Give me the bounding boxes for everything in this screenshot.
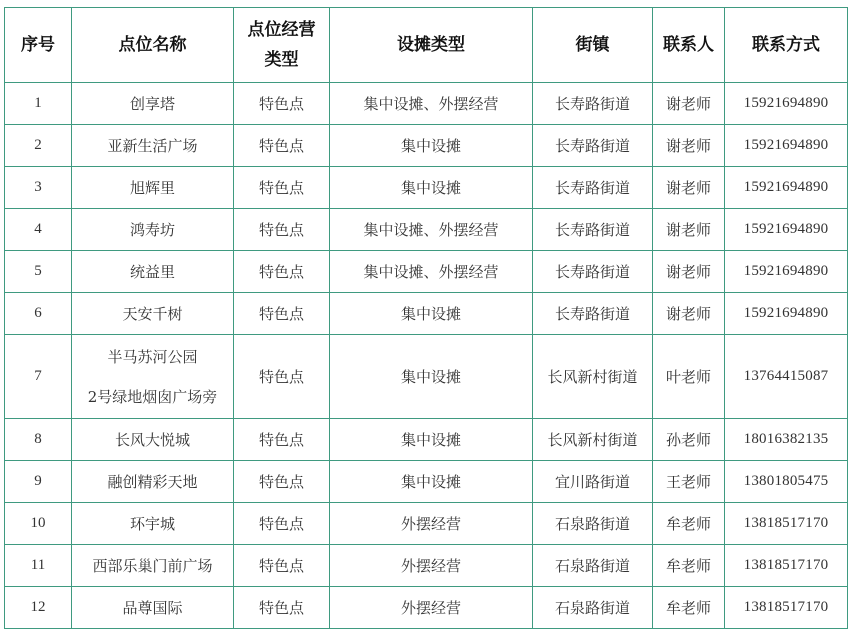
cell-contact: 谢老师 bbox=[653, 251, 725, 293]
cell-operation-type: 特色点 bbox=[234, 209, 330, 251]
stall-locations-table: 序号 点位名称 点位经营 类型 设摊类型 街镇 联系人 联系方式 1创享塔特色点… bbox=[4, 7, 848, 629]
cell-location: 鸿寿坊 bbox=[72, 209, 234, 251]
table-row: 2亚新生活广场特色点集中设摊长寿路街道谢老师15921694890 bbox=[5, 125, 848, 167]
table-row: 8长风大悦城特色点集中设摊长风新村街道孙老师18016382135 bbox=[5, 419, 848, 461]
cell-stall-type: 集中设摊 bbox=[330, 335, 533, 419]
cell-index: 11 bbox=[5, 545, 72, 587]
cell-index: 7 bbox=[5, 335, 72, 419]
cell-operation-type: 特色点 bbox=[234, 419, 330, 461]
location-line-2: 2号绿地烟囱广场旁 bbox=[72, 377, 233, 417]
cell-location: 半马苏河公园2号绿地烟囱广场旁 bbox=[72, 335, 234, 419]
cell-contact: 谢老师 bbox=[653, 83, 725, 125]
cell-stall-type: 集中设摊 bbox=[330, 461, 533, 503]
header-stall-type: 设摊类型 bbox=[330, 8, 533, 83]
cell-stall-type: 外摆经营 bbox=[330, 545, 533, 587]
cell-location: 统益里 bbox=[72, 251, 234, 293]
cell-street: 长风新村街道 bbox=[533, 419, 653, 461]
cell-operation-type: 特色点 bbox=[234, 503, 330, 545]
cell-location: 创享塔 bbox=[72, 83, 234, 125]
cell-contact: 王老师 bbox=[653, 461, 725, 503]
cell-operation-type: 特色点 bbox=[234, 587, 330, 629]
cell-phone: 15921694890 bbox=[725, 293, 848, 335]
cell-stall-type: 外摆经营 bbox=[330, 503, 533, 545]
cell-phone: 15921694890 bbox=[725, 251, 848, 293]
cell-street: 石泉路街道 bbox=[533, 587, 653, 629]
cell-contact: 谢老师 bbox=[653, 293, 725, 335]
cell-contact: 牟老师 bbox=[653, 587, 725, 629]
cell-operation-type: 特色点 bbox=[234, 545, 330, 587]
cell-operation-type: 特色点 bbox=[234, 251, 330, 293]
cell-contact: 谢老师 bbox=[653, 209, 725, 251]
table-row: 5统益里特色点集中设摊、外摆经营长寿路街道谢老师15921694890 bbox=[5, 251, 848, 293]
cell-stall-type: 集中设摊、外摆经营 bbox=[330, 209, 533, 251]
cell-stall-type: 集中设摊、外摆经营 bbox=[330, 83, 533, 125]
cell-street: 长寿路街道 bbox=[533, 125, 653, 167]
cell-location: 亚新生活广场 bbox=[72, 125, 234, 167]
cell-phone: 15921694890 bbox=[725, 167, 848, 209]
cell-index: 4 bbox=[5, 209, 72, 251]
cell-location: 品尊国际 bbox=[72, 587, 234, 629]
header-operation-type: 点位经营 类型 bbox=[234, 8, 330, 83]
cell-index: 5 bbox=[5, 251, 72, 293]
cell-phone: 13764415087 bbox=[725, 335, 848, 419]
cell-index: 12 bbox=[5, 587, 72, 629]
cell-street: 长寿路街道 bbox=[533, 293, 653, 335]
cell-operation-type: 特色点 bbox=[234, 461, 330, 503]
cell-index: 6 bbox=[5, 293, 72, 335]
cell-street: 长寿路街道 bbox=[533, 209, 653, 251]
cell-index: 10 bbox=[5, 503, 72, 545]
cell-index: 2 bbox=[5, 125, 72, 167]
table-row: 10环宇城特色点外摆经营石泉路街道牟老师13818517170 bbox=[5, 503, 848, 545]
table-row: 11西部乐巢门前广场特色点外摆经营石泉路街道牟老师13818517170 bbox=[5, 545, 848, 587]
table-row: 7半马苏河公园2号绿地烟囱广场旁特色点集中设摊长风新村街道叶老师13764415… bbox=[5, 335, 848, 419]
table-row: 6天安千树特色点集中设摊长寿路街道谢老师15921694890 bbox=[5, 293, 848, 335]
cell-street: 长寿路街道 bbox=[533, 251, 653, 293]
cell-contact: 谢老师 bbox=[653, 125, 725, 167]
cell-phone: 15921694890 bbox=[725, 125, 848, 167]
cell-index: 3 bbox=[5, 167, 72, 209]
header-row: 序号 点位名称 点位经营 类型 设摊类型 街镇 联系人 联系方式 bbox=[5, 8, 848, 83]
cell-stall-type: 集中设摊 bbox=[330, 125, 533, 167]
header-location: 点位名称 bbox=[72, 8, 234, 83]
table-row: 12品尊国际特色点外摆经营石泉路街道牟老师13818517170 bbox=[5, 587, 848, 629]
cell-street: 石泉路街道 bbox=[533, 503, 653, 545]
cell-location: 融创精彩天地 bbox=[72, 461, 234, 503]
cell-operation-type: 特色点 bbox=[234, 125, 330, 167]
cell-contact: 孙老师 bbox=[653, 419, 725, 461]
cell-street: 宜川路街道 bbox=[533, 461, 653, 503]
cell-operation-type: 特色点 bbox=[234, 167, 330, 209]
cell-stall-type: 集中设摊 bbox=[330, 167, 533, 209]
header-operation-type-line2: 类型 bbox=[234, 45, 329, 75]
table-row: 9融创精彩天地特色点集中设摊宜川路街道王老师13801805475 bbox=[5, 461, 848, 503]
header-phone: 联系方式 bbox=[725, 8, 848, 83]
cell-phone: 18016382135 bbox=[725, 419, 848, 461]
cell-phone: 13818517170 bbox=[725, 545, 848, 587]
cell-stall-type: 集中设摊 bbox=[330, 419, 533, 461]
cell-contact: 谢老师 bbox=[653, 167, 725, 209]
cell-location: 旭辉里 bbox=[72, 167, 234, 209]
table-body: 1创享塔特色点集中设摊、外摆经营长寿路街道谢老师159216948902亚新生活… bbox=[5, 83, 848, 629]
cell-phone: 13801805475 bbox=[725, 461, 848, 503]
cell-street: 长寿路街道 bbox=[533, 83, 653, 125]
table-row: 1创享塔特色点集中设摊、外摆经营长寿路街道谢老师15921694890 bbox=[5, 83, 848, 125]
cell-index: 9 bbox=[5, 461, 72, 503]
header-operation-type-line1: 点位经营 bbox=[234, 15, 329, 45]
header-street: 街镇 bbox=[533, 8, 653, 83]
cell-operation-type: 特色点 bbox=[234, 293, 330, 335]
cell-street: 长寿路街道 bbox=[533, 167, 653, 209]
cell-stall-type: 外摆经营 bbox=[330, 587, 533, 629]
cell-phone: 15921694890 bbox=[725, 209, 848, 251]
cell-contact: 牟老师 bbox=[653, 545, 725, 587]
cell-stall-type: 集中设摊、外摆经营 bbox=[330, 251, 533, 293]
cell-operation-type: 特色点 bbox=[234, 335, 330, 419]
cell-location: 天安千树 bbox=[72, 293, 234, 335]
cell-location: 环宇城 bbox=[72, 503, 234, 545]
cell-contact: 牟老师 bbox=[653, 503, 725, 545]
cell-phone: 13818517170 bbox=[725, 587, 848, 629]
cell-location: 西部乐巢门前广场 bbox=[72, 545, 234, 587]
cell-index: 8 bbox=[5, 419, 72, 461]
cell-street: 长风新村街道 bbox=[533, 335, 653, 419]
cell-location: 长风大悦城 bbox=[72, 419, 234, 461]
cell-index: 1 bbox=[5, 83, 72, 125]
cell-stall-type: 集中设摊 bbox=[330, 293, 533, 335]
cell-operation-type: 特色点 bbox=[234, 83, 330, 125]
header-contact: 联系人 bbox=[653, 8, 725, 83]
table-row: 3旭辉里特色点集中设摊长寿路街道谢老师15921694890 bbox=[5, 167, 848, 209]
cell-phone: 15921694890 bbox=[725, 83, 848, 125]
header-index: 序号 bbox=[5, 8, 72, 83]
cell-phone: 13818517170 bbox=[725, 503, 848, 545]
cell-street: 石泉路街道 bbox=[533, 545, 653, 587]
location-line-1: 半马苏河公园 bbox=[72, 337, 233, 377]
table-row: 4鸿寿坊特色点集中设摊、外摆经营长寿路街道谢老师15921694890 bbox=[5, 209, 848, 251]
cell-contact: 叶老师 bbox=[653, 335, 725, 419]
